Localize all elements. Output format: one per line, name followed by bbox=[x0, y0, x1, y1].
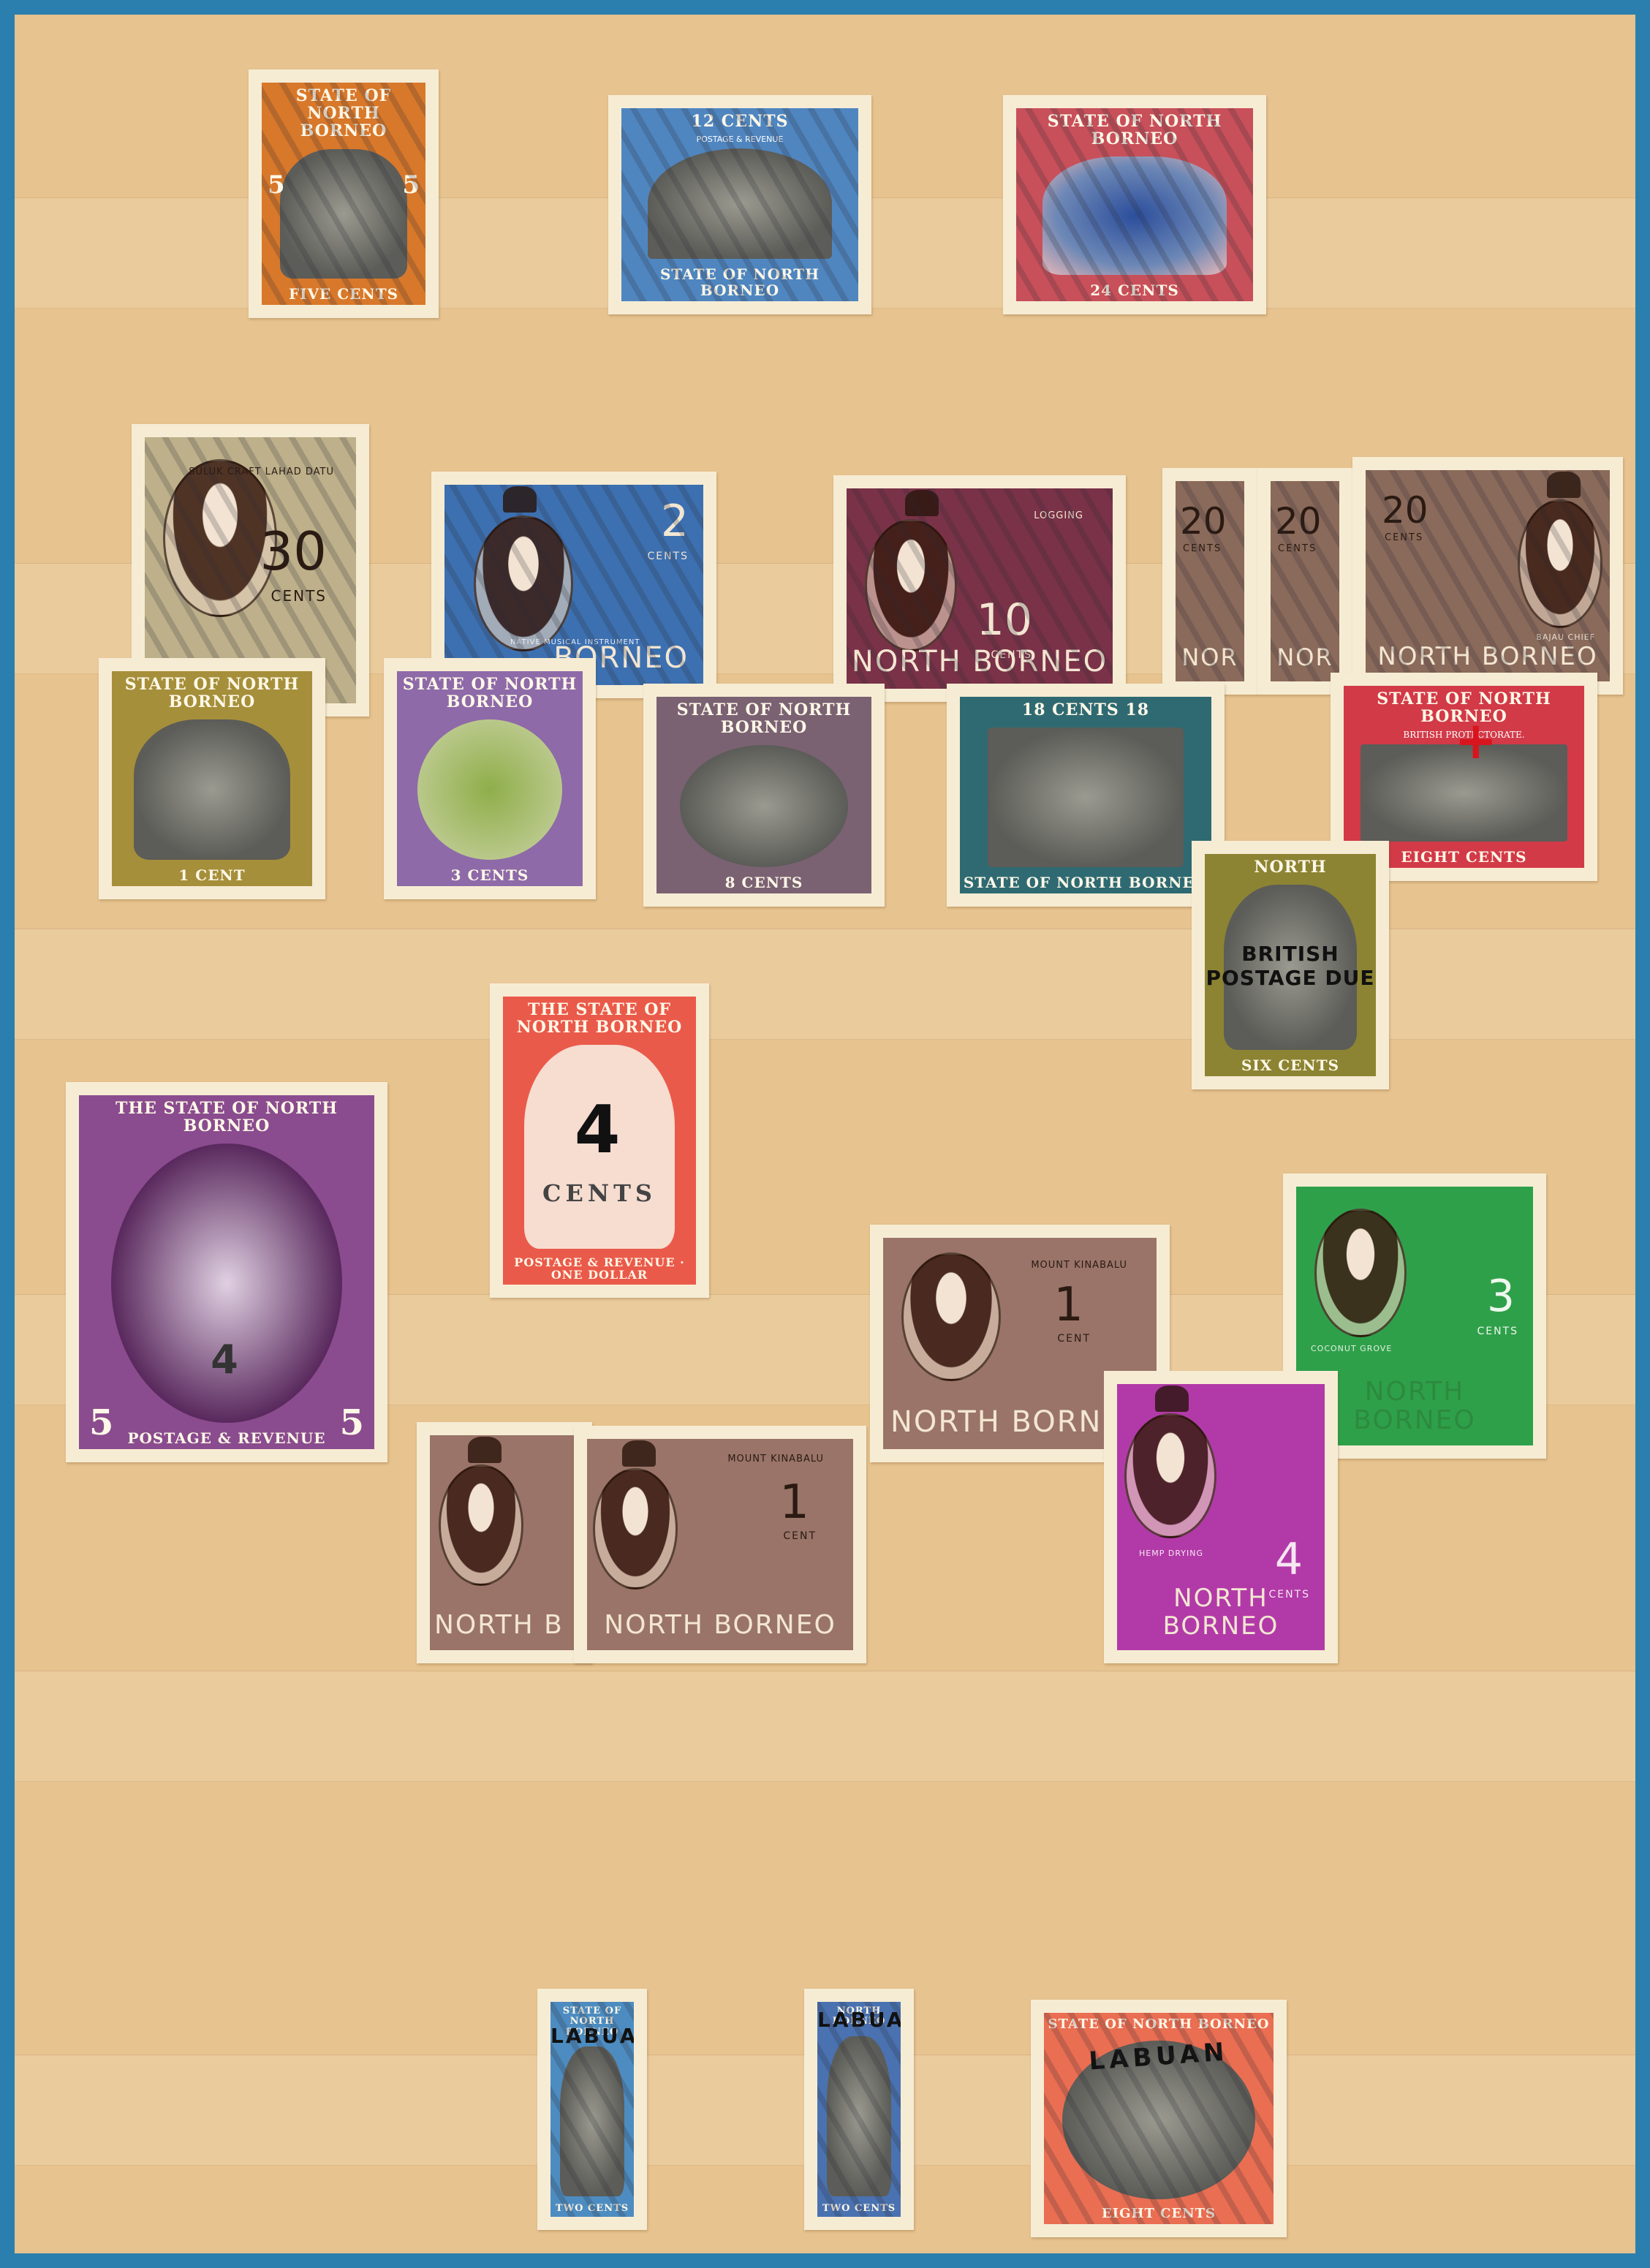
stamp-top-text: STATE OF NORTH BORNEO bbox=[397, 671, 583, 715]
stamp-top-text: STATE OF NORTH BORNEO bbox=[1045, 2013, 1273, 2036]
stamp-bottom-text: POSTAGE & REVENUE bbox=[124, 1427, 328, 1449]
stamp-sub-text: POSTAGE & REVENUE bbox=[697, 135, 784, 144]
stamp-design: STATE OF NORTH BORNEO TWO CENTS LABUAN bbox=[550, 2002, 634, 2217]
stamp-bottom-text: EIGHT CENTS bbox=[1099, 2204, 1219, 2224]
stag-vignette bbox=[827, 2036, 892, 2196]
king-portrait bbox=[1314, 1209, 1407, 1337]
stamp-qeii-10c[interactable]: LOGGING 10 CENTS NORTH BORNEO bbox=[833, 475, 1126, 702]
surcharge-unit: CENTS bbox=[503, 1179, 696, 1207]
postage-due-overprint: BRITISH POSTAGE DUE bbox=[1205, 942, 1376, 990]
stamp-top-text: STATE OF NORTH BORNEO bbox=[262, 83, 425, 145]
dyak-vignette bbox=[134, 719, 290, 860]
stamp-top-text: NORTH bbox=[1251, 854, 1329, 880]
stamp-bottom-text: EIGHT CENTS bbox=[1398, 846, 1529, 868]
palm-vignette bbox=[417, 719, 562, 860]
stamp-top-text: STATE OF NORTH BORNEO bbox=[112, 671, 312, 715]
stamp-qeii-20c-b[interactable]: 20 CENTS NOR bbox=[1257, 468, 1352, 695]
stamp-peacock-5c[interactable]: STATE OF NORTH BORNEO FIVE CENTS 5 5 bbox=[249, 69, 439, 318]
stamp-one-dollar-4c[interactable]: THE STATE OF NORTH BORNEO POSTAGE & REVE… bbox=[490, 983, 709, 1298]
queen-portrait bbox=[593, 1468, 678, 1590]
glassine-strip bbox=[15, 929, 1635, 1040]
country-name: NOR bbox=[1176, 643, 1244, 671]
stamp-bottom-text: TWO CENTS bbox=[553, 2201, 632, 2217]
arms-vignette bbox=[1042, 156, 1227, 275]
country-name: NORTH B bbox=[430, 1610, 579, 1640]
crown-icon bbox=[468, 1437, 502, 1463]
country-name: NOR bbox=[1271, 643, 1339, 671]
stamp-value: 5 bbox=[402, 170, 420, 200]
stamp-value: 4 bbox=[1275, 1538, 1303, 1581]
labuan-overprint: LABUAN bbox=[817, 2008, 901, 2032]
surcharge-value: 4 bbox=[503, 1092, 696, 1168]
red-cross-overprint: + bbox=[1454, 715, 1497, 766]
album-page: STATE OF NORTH BORNEO FIVE CENTS 5 5 12 … bbox=[15, 15, 1635, 2253]
stamp-value: 5 bbox=[89, 1402, 113, 1443]
stamp-caption: MOUNT KINABALU bbox=[1031, 1260, 1127, 1271]
stamp-top-text: 12 CENTS bbox=[689, 108, 792, 135]
stamp-bottom-text: SIX CENTS bbox=[1238, 1054, 1342, 1076]
stamp-five-dollars-4c[interactable]: THE STATE OF NORTH BORNEO POSTAGE & REVE… bbox=[66, 1082, 387, 1462]
stamp-crocodile-12c[interactable]: 12 CENTS POSTAGE & REVENUE STATE OF NORT… bbox=[608, 95, 871, 314]
stamp-unit: CENT bbox=[1057, 1333, 1091, 1345]
queen-portrait bbox=[474, 515, 573, 651]
stamp-bottom-text: STATE OF NORTH BORNEO bbox=[621, 263, 858, 301]
crown-icon bbox=[905, 490, 939, 516]
stamp-caption: SULUK CRAFT LAHAD DATU bbox=[189, 466, 334, 477]
stamp-dyak-1c[interactable]: STATE OF NORTH BORNEO 1 CENT bbox=[99, 658, 325, 899]
crown-icon bbox=[1155, 1386, 1189, 1412]
stamp-top-text: STATE OF NORTH BORNEO bbox=[1016, 108, 1253, 152]
labuan-overprint: LABUAN bbox=[550, 2024, 634, 2048]
queen-portrait bbox=[439, 1464, 523, 1586]
stamp-value: 5 bbox=[340, 1402, 364, 1443]
crown-icon bbox=[1547, 472, 1581, 498]
stamp-value: 20 bbox=[1180, 503, 1227, 540]
stamp-design: STATE OF NORTH BORNEO 1 CENT bbox=[112, 671, 312, 886]
country-name: NORTH BORNEO bbox=[587, 1610, 853, 1640]
crown-icon bbox=[503, 486, 537, 513]
stamp-design: NORTH BORNEO TWO CENTS LABUAN bbox=[817, 2002, 901, 2217]
stamp-unit: CENTS bbox=[1477, 1326, 1518, 1337]
stamp-mountain-18c[interactable]: 18 CENTS 18 STATE OF NORTH BORNEO bbox=[947, 684, 1225, 907]
stamp-bottom-text: 24 CENTS bbox=[1087, 279, 1182, 301]
stamp-unit: CENTS bbox=[1278, 543, 1317, 554]
stamp-design: STATE OF NORTH BORNEO 8 CENTS bbox=[656, 697, 871, 893]
stamp-labuan-2c-a[interactable]: STATE OF NORTH BORNEO TWO CENTS LABUAN bbox=[537, 1989, 647, 2230]
stamp-qeii-20c-a[interactable]: 20 CENTS NOR bbox=[1162, 468, 1257, 695]
stamp-postage-due-6c[interactable]: NORTH SIX CENTS BRITISH POSTAGE DUE bbox=[1192, 841, 1389, 1089]
stamp-qeii-1c-b[interactable]: MOUNT KINABALU 1 CENT NORTH BORNEO bbox=[574, 1426, 866, 1663]
country-name: NORTH BORNEO bbox=[847, 645, 1113, 678]
stamp-value: 20 bbox=[1275, 503, 1322, 540]
stamp-design: NORTH B bbox=[430, 1435, 579, 1650]
mountain-vignette bbox=[988, 727, 1184, 867]
stamp-caption: COCONUT GROVE bbox=[1311, 1344, 1392, 1353]
stamp-design: NORTH SIX CENTS BRITISH POSTAGE DUE bbox=[1205, 854, 1376, 1076]
queen-portrait bbox=[1518, 499, 1602, 628]
stamp-value: 1 bbox=[1053, 1282, 1083, 1328]
stamp-design: STATE OF NORTH BORNEO EIGHT CENTS LABUAN bbox=[1044, 2013, 1274, 2224]
stamp-unit: CENTS bbox=[647, 551, 689, 562]
stamp-design: 4 CENTS HEMP DRYING NORTH BORNEO bbox=[1117, 1384, 1325, 1650]
stamp-qeii-1c-a[interactable]: NORTH B bbox=[417, 1422, 592, 1663]
stamp-top-text: THE STATE OF NORTH BORNEO bbox=[503, 997, 696, 1040]
stamp-design: STATE OF NORTH BORNEO 24 CENTS bbox=[1016, 108, 1253, 301]
stamp-design: 18 CENTS 18 STATE OF NORTH BORNEO bbox=[960, 697, 1211, 893]
stamp-caption: HEMP DRYING bbox=[1139, 1549, 1203, 1558]
crocodile-vignette bbox=[648, 148, 833, 259]
stamp-unit: CENT bbox=[783, 1530, 817, 1542]
stamp-value: 1 bbox=[779, 1479, 809, 1526]
stamp-labuan-2c-b[interactable]: NORTH BORNEO TWO CENTS LABUAN bbox=[804, 1989, 914, 2230]
stamp-caption: MOUNT KINABALU bbox=[727, 1454, 824, 1464]
stamp-bottom-text: 8 CENTS bbox=[722, 872, 806, 893]
stamp-caption: BAJAU CHIEF bbox=[1536, 632, 1595, 642]
stamp-design: MOUNT KINABALU 1 CENT NORTH BORNEO bbox=[587, 1439, 853, 1650]
country-name: NORTH BORNEO bbox=[1366, 642, 1610, 671]
stamp-unit: CENTS bbox=[1385, 532, 1423, 543]
stamp-design: THE STATE OF NORTH BORNEO POSTAGE & REVE… bbox=[503, 997, 696, 1285]
stamp-design: 12 CENTS POSTAGE & REVENUE STATE OF NORT… bbox=[621, 108, 858, 301]
stamp-top-text: THE STATE OF NORTH BORNEO bbox=[79, 1095, 374, 1139]
stamp-top-text: STATE OF NORTH BORNEO bbox=[656, 697, 871, 741]
stamp-unit: CENTS bbox=[271, 587, 327, 605]
stamp-value: 20 bbox=[1382, 492, 1428, 529]
stamp-bottom-text: 3 CENTS bbox=[448, 864, 532, 886]
pheasant-vignette bbox=[280, 149, 408, 279]
stamp-top-text: 18 CENTS 18 bbox=[1019, 697, 1152, 723]
country-name: NORTH BORNEO bbox=[1117, 1585, 1325, 1640]
stamp-design: 2 CENTS NATIVE MUSICAL INSTRUMENT BORNEO bbox=[444, 485, 703, 685]
stamp-arms-24c[interactable]: STATE OF NORTH BORNEO 24 CENTS bbox=[1003, 95, 1266, 314]
stamp-bottom-text: STATE OF NORTH BORNEO bbox=[961, 872, 1211, 893]
glassine-strip bbox=[15, 1671, 1635, 1782]
queen-portrait bbox=[865, 519, 957, 651]
stamp-design: 20 CENTS NOR bbox=[1271, 481, 1339, 681]
stamp-design: 20 CENTS BAJAU CHIEF NORTH BORNEO bbox=[1366, 470, 1610, 681]
stamp-value: 30 bbox=[260, 525, 327, 578]
stamp-bottom-text: FIVE CENTS bbox=[286, 283, 401, 305]
stamp-qeii-20c-c[interactable]: 20 CENTS BAJAU CHIEF NORTH BORNEO bbox=[1352, 457, 1623, 695]
stamp-qeii-4c[interactable]: 4 CENTS HEMP DRYING NORTH BORNEO bbox=[1104, 1371, 1338, 1663]
stamp-bottom-text: POSTAGE & REVENUE · ONE DOLLAR bbox=[503, 1253, 696, 1285]
stamp-value: 3 bbox=[1487, 1274, 1515, 1318]
stamp-bottom-text: TWO CENTS bbox=[820, 2201, 898, 2217]
stamp-bottom-text: 1 CENT bbox=[175, 864, 248, 886]
king-portrait bbox=[901, 1252, 1001, 1381]
dhow-vignette bbox=[680, 745, 847, 867]
stamp-value: 2 bbox=[661, 499, 689, 543]
stamp-unit: CENTS bbox=[1183, 543, 1222, 554]
stamp-design: STATE OF NORTH BORNEO FIVE CENTS 5 5 bbox=[262, 83, 425, 305]
stamp-labuan-8c[interactable]: STATE OF NORTH BORNEO EIGHT CENTS LABUAN bbox=[1031, 2000, 1287, 2237]
crown-icon bbox=[622, 1440, 656, 1467]
surcharge-value: 4 bbox=[79, 1337, 374, 1383]
stamp-value: 10 bbox=[977, 598, 1032, 642]
stamp-design: 20 CENTS NOR bbox=[1176, 481, 1244, 681]
stamp-design: THE STATE OF NORTH BORNEO POSTAGE & REVE… bbox=[79, 1095, 374, 1449]
stag-vignette bbox=[560, 2046, 625, 2196]
queen-portrait bbox=[1124, 1413, 1216, 1538]
stamp-dhow-8c[interactable]: STATE OF NORTH BORNEO 8 CENTS bbox=[643, 684, 885, 907]
stamp-design: LOGGING 10 CENTS NORTH BORNEO bbox=[847, 488, 1113, 689]
stamp-value: 5 bbox=[268, 170, 285, 200]
stamp-sago-3c[interactable]: STATE OF NORTH BORNEO 3 CENTS bbox=[384, 658, 596, 899]
stamp-design: STATE OF NORTH BORNEO 3 CENTS bbox=[397, 671, 583, 886]
stamp-caption: LOGGING bbox=[1034, 510, 1083, 521]
